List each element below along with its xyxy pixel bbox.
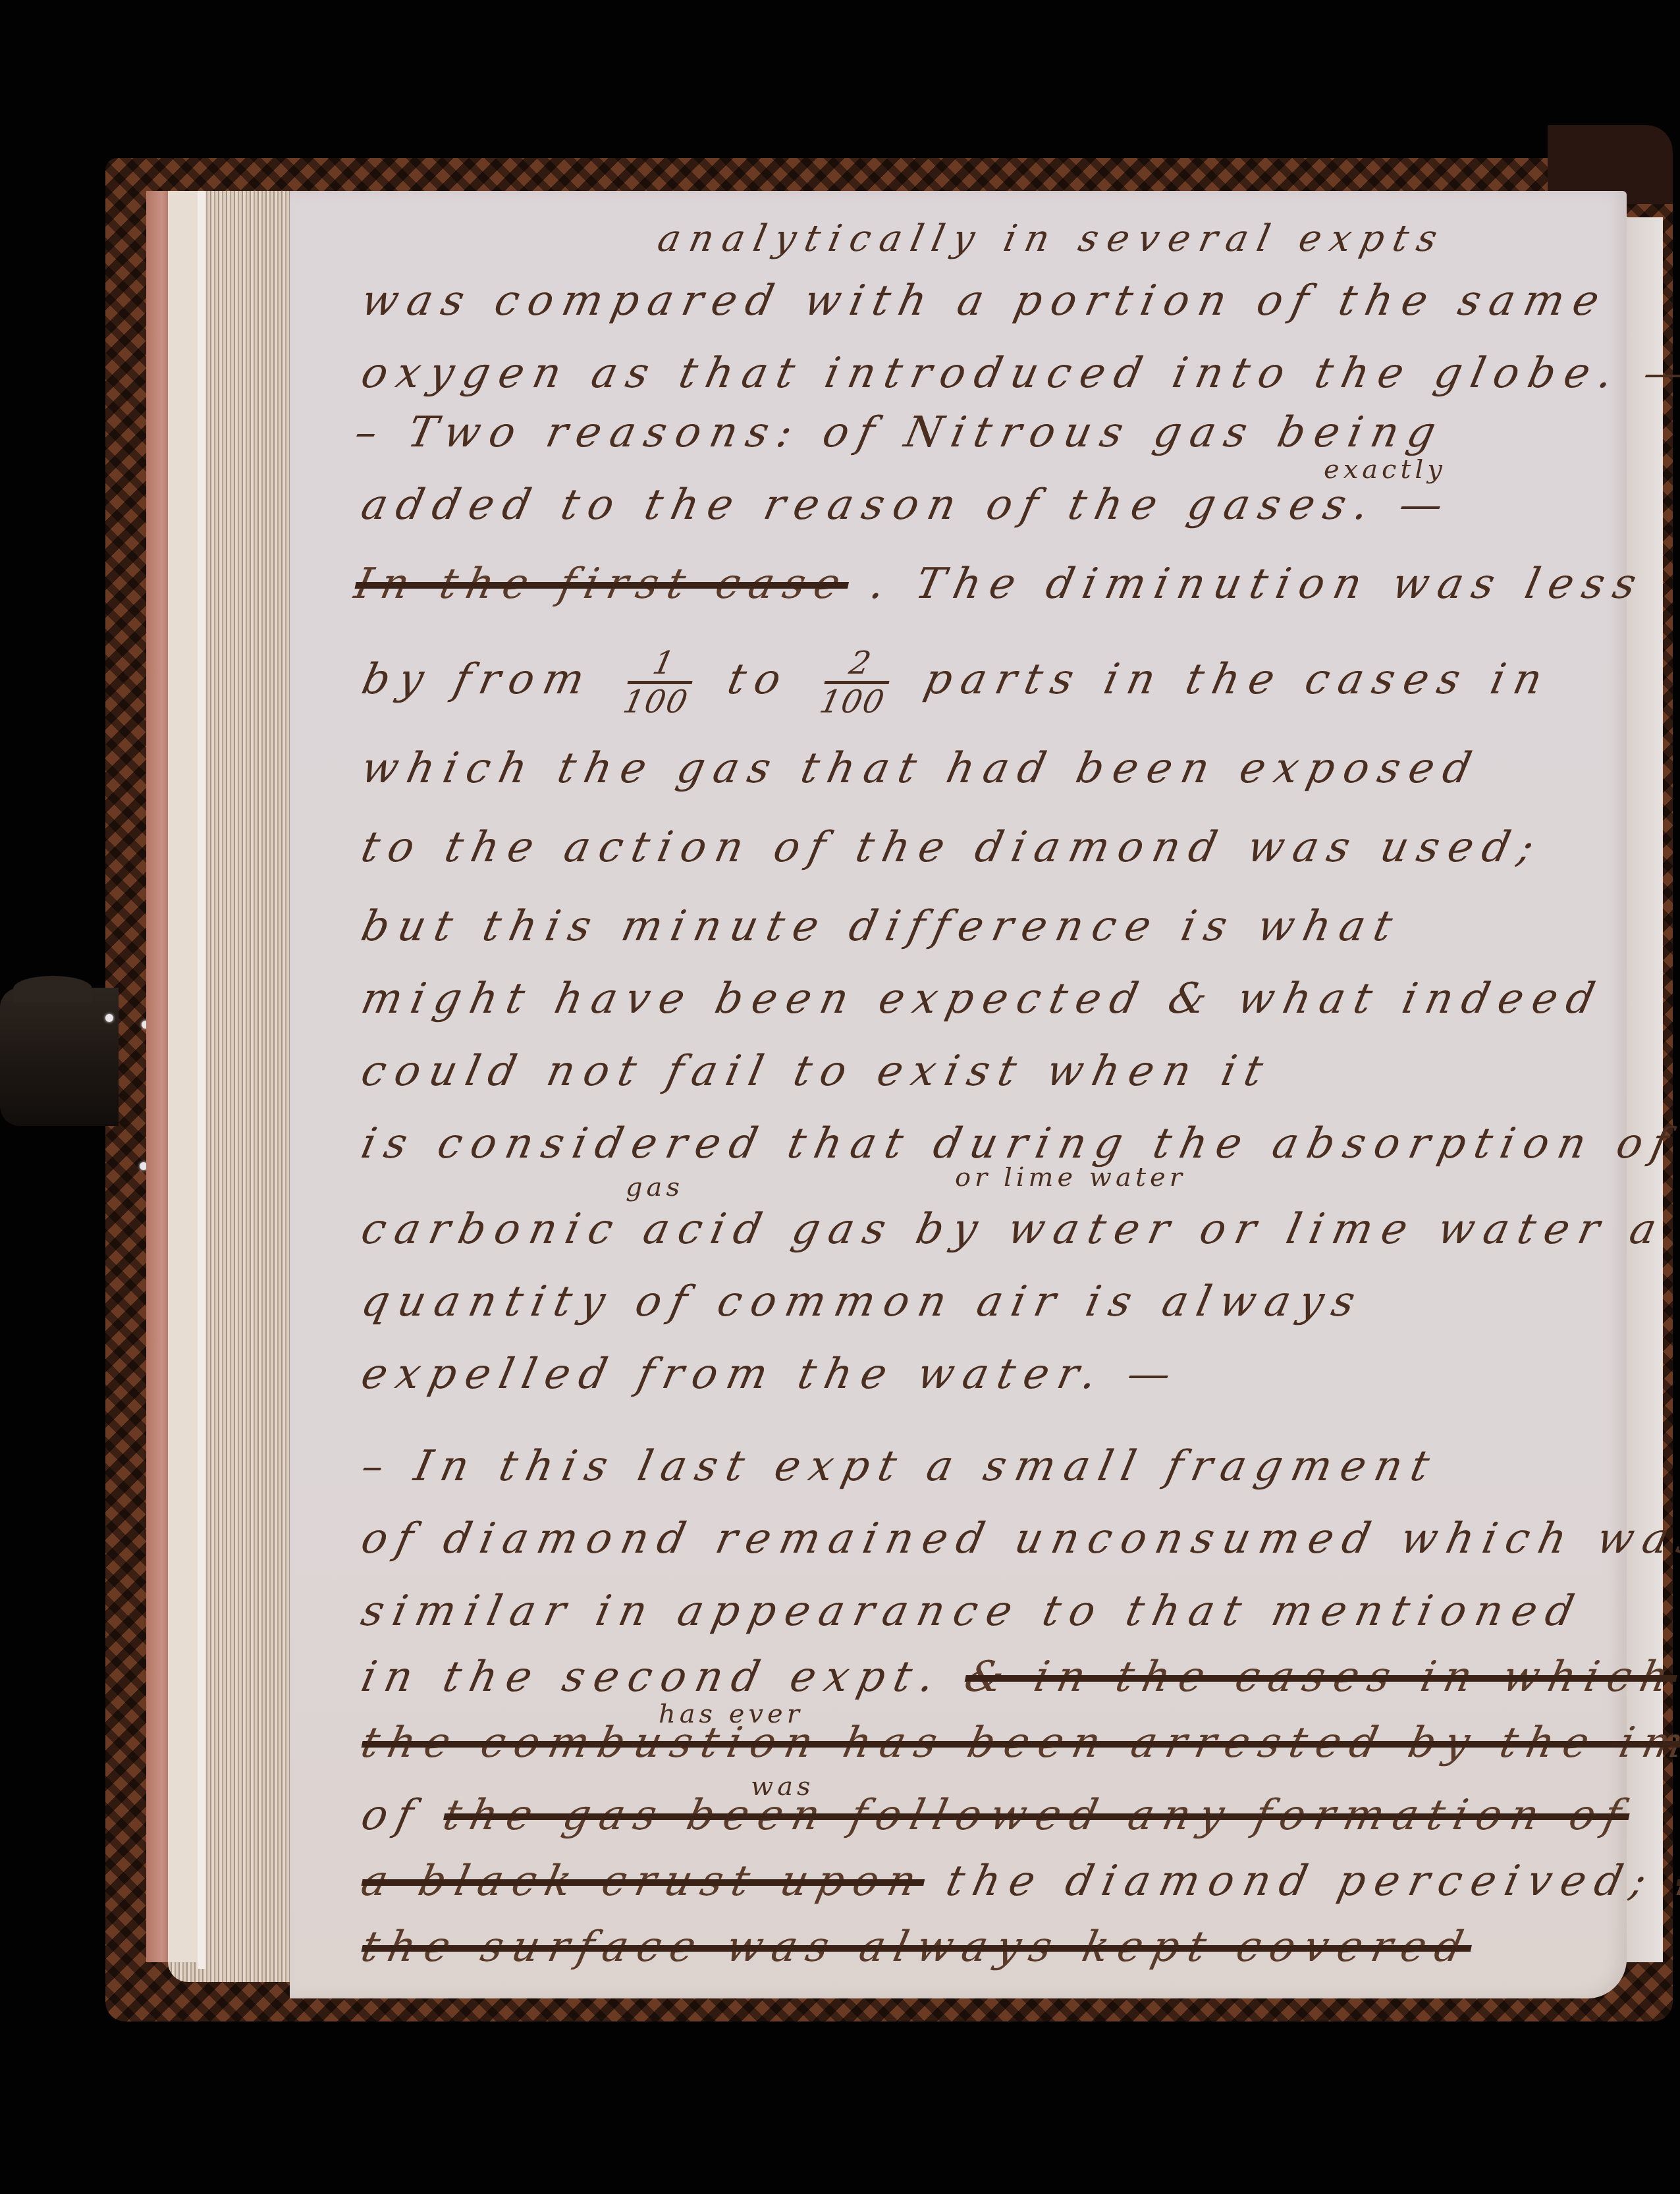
line-6-to: to [723, 655, 794, 704]
line-6-text: by from [358, 655, 598, 704]
insertion-or-lime-water: or lime water [955, 1162, 1186, 1192]
header-line: analytically in several expts [654, 217, 1450, 260]
fraction-2-100: 2100 [817, 645, 897, 720]
struck-text: the combustion has been arrested by the … [357, 1719, 1680, 1767]
text-line-17: of diamond remained unconsumed which was [357, 1514, 1680, 1563]
insertion-gas: gas [626, 1172, 684, 1202]
struck-text: & in the cases in which [960, 1653, 1680, 1701]
fraction-1-100: 1100 [620, 645, 700, 720]
line-6-rest: parts in the cases in [920, 655, 1556, 704]
text-line-23: the surface was always kept covered [357, 1923, 1477, 1971]
struck-text: a black crust upon [357, 1857, 929, 1906]
text-line-6: by from 1100 to 2100 parts in the cases … [354, 645, 1558, 720]
line-21-of: of [357, 1791, 427, 1840]
text-line-3: – Two reasons: of Nitrous gas being [350, 408, 1449, 457]
line-5-text: . The diminution was less [866, 560, 1650, 608]
text-line-19: in the second expt. & in the cases in wh… [357, 1653, 1680, 1701]
flyleaf-white [198, 191, 205, 1969]
text-line-13: carbonic acid gas by water or lime water… [357, 1205, 1680, 1254]
flyleaf [168, 191, 200, 1962]
text-line-21: of the gas been followed any formation o… [357, 1791, 1635, 1840]
struck-text: the gas been followed any formation of [439, 1791, 1635, 1840]
text-line-16: – In this last expt a small fragment [357, 1442, 1442, 1491]
text-line-15: expelled from the water. — [357, 1350, 1184, 1399]
text-line-4: added to the reason of the gases. — [357, 481, 1456, 529]
metal-clasp [0, 988, 119, 1126]
struck-text: but [1672, 1857, 1680, 1906]
text-line-9: but this minute difference is what [357, 902, 1405, 951]
text-line-5: In the first case . The diminution was l… [350, 560, 1650, 608]
rivet-icon [105, 1014, 113, 1022]
text-line-2: oxygen as that introduced into the globe… [357, 349, 1680, 398]
text-line-22: a black crust upon the diamond perceived… [357, 1857, 1680, 1906]
text-line-8: to the action of the diamond was used; [357, 823, 1547, 872]
struck-text: In the first case [350, 560, 854, 608]
text-line-11: could not fail to exist when it [357, 1047, 1276, 1096]
line-19-text: in the second expt. [357, 1653, 948, 1701]
text-line-20: the combustion has been arrested by the … [357, 1719, 1680, 1767]
text-line-10: might have been expected & what indeed [357, 975, 1608, 1023]
text-line-1: was compared with a portion of the same [357, 277, 1613, 325]
struck-text: the surface was always kept covered [357, 1923, 1477, 1971]
text-line-14: quantity of common air is always [357, 1277, 1368, 1326]
text-line-7: which the gas that had been exposed [357, 744, 1484, 793]
text-line-18: similar in appearance to that mentioned [357, 1587, 1587, 1636]
manuscript-page: analytically in several expts was compar… [290, 191, 1627, 1998]
text-line-12: is considered that during the absorption… [357, 1119, 1680, 1168]
line-22-text: the diamond perceived; [942, 1857, 1660, 1906]
